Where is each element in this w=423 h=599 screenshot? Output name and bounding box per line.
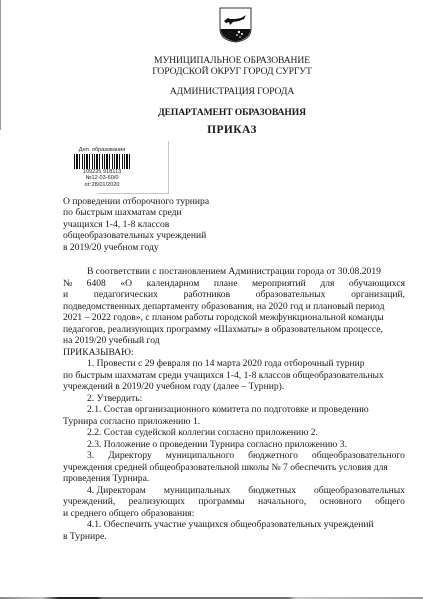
coat-of-arms-icon: [219, 7, 252, 43]
item-2: 2. Утвердить:: [63, 393, 405, 405]
preamble-line: подведомственных департаменту образовани…: [63, 301, 405, 313]
preamble-line: №6408«Окалендарномпланемероприятийдляобу…: [63, 278, 405, 290]
item-4: 4. Директораммуниципальныхбюджетныхобщео…: [63, 485, 405, 520]
preamble-line: на 2019/20 учебный год: [63, 335, 405, 347]
stamp-date: от:28/01/2020: [73, 182, 131, 189]
item-line: 2.1. Состав организационного комитета по…: [63, 404, 405, 416]
order-subject: О проведении отборочного турнира по быст…: [63, 196, 209, 253]
item-2-3: 2.3. Положение о проведении Турнира согл…: [63, 439, 405, 451]
item-line: 3.Директорумуниципальногобюджетногообщео…: [63, 450, 405, 462]
item-line: 1. Провести с 29 февраля по 14 марта 202…: [63, 358, 405, 370]
preamble: В соответствии с постановлением Админист…: [63, 266, 405, 347]
item-1: 1. Провести с 29 февраля по 14 марта 202…: [63, 358, 405, 393]
preamble-line: ипедагогическихработниковобразовательных…: [63, 289, 405, 301]
item-line: проведения Турнира.: [63, 473, 405, 485]
subject-line: по быстрым шахматам среди: [63, 207, 209, 218]
item-3: 3.Директорумуниципальногобюджетногообщео…: [63, 450, 405, 485]
item-line: учреждений,реализующихпрограммыначальног…: [63, 496, 405, 508]
item-line: по быстрым шахматам среди учащихся 1-4, …: [63, 370, 405, 382]
scan-edge-left: [0, 0, 1, 130]
barcode-icon: [74, 154, 130, 169]
subject-line: в 2019/20 учебном году: [63, 242, 209, 253]
subject-line: О проведении отборочного турнира: [63, 196, 209, 207]
item-2-2: 2.2. Состав судейской коллегии согласно …: [63, 427, 405, 439]
order-word: ПРИКАЗЫВАЮ:: [63, 347, 405, 359]
municipality-title: МУНИЦИПАЛЬНОЕ ОБРАЗОВАНИЕ ГОРОДСКОЙ ОКРУ…: [100, 55, 364, 77]
item-line: учреждений в 2019/20 учебном году (далее…: [63, 381, 405, 393]
item-line: и среднего общего образования:: [63, 508, 405, 520]
item-2-1: 2.1. Состав организационного комитета по…: [63, 404, 405, 427]
department-title: ДЕПАРТАМЕНТ ОБРАЗОВАНИЯ: [100, 107, 364, 118]
preamble-line: В соответствии с постановлением Админист…: [63, 266, 405, 278]
preamble-line: 2021 – 2022 годов», с планом работы горо…: [63, 312, 405, 324]
item-line: учреждения средней общеобразовательной ш…: [63, 462, 405, 474]
item-4-1: 4.1. Обеспечить участие учащихся общеобр…: [63, 519, 405, 542]
administration-title: АДМИНИСТРАЦИЯ ГОРОДА: [100, 86, 364, 97]
registration-stamp: Деп. образования 109225 918113 №12-03-60…: [73, 147, 131, 188]
document-type-title: ПРИКАЗ: [100, 125, 364, 136]
preamble-line: педагогов, реализующих программу «Шахмат…: [63, 324, 405, 336]
item-line: 4.1. Обеспечить участие учащихся общеобр…: [63, 519, 405, 531]
subject-line: общеобразовательных учреждений: [63, 230, 209, 241]
item-line: Турнира согласно приложению 1.: [63, 416, 405, 428]
subject-line: учащихся 1-4, 1-8 классов: [63, 219, 209, 230]
municipality-line-1: МУНИЦИПАЛЬНОЕ ОБРАЗОВАНИЕ: [100, 55, 364, 66]
municipality-line-2: ГОРОДСКОЙ ОКРУГ ГОРОД СУРГУТ: [100, 66, 364, 77]
item-line: 4. Директораммуниципальныхбюджетныхобщео…: [63, 485, 405, 497]
stamp-label: Деп. образования: [73, 147, 131, 154]
order-body: В соответствии с постановлением Админист…: [63, 266, 405, 542]
item-line: в Турнире.: [63, 531, 405, 543]
